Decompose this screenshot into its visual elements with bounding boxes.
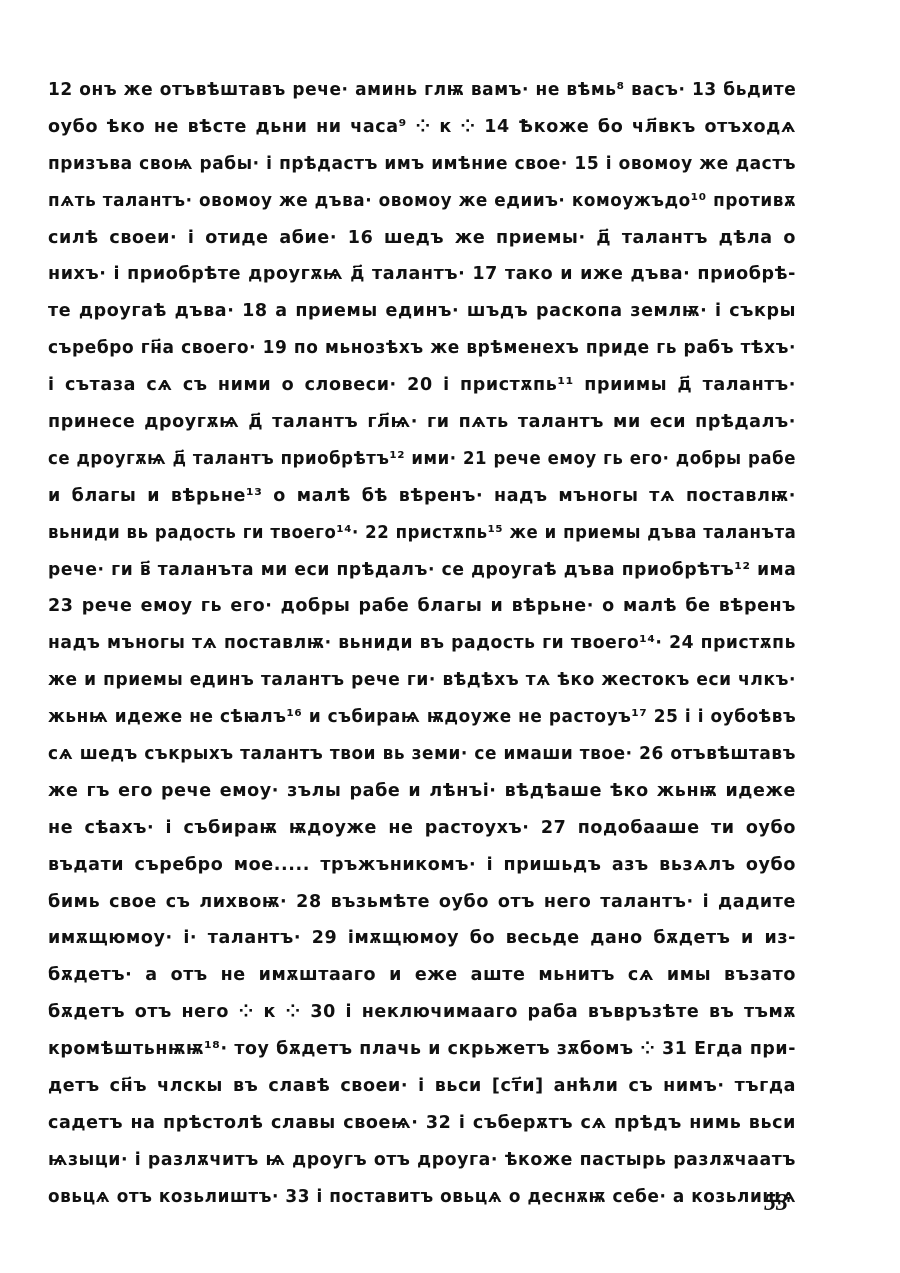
text-line: и благы и вѣрьне¹³ о малѣ бѣ вѣренъ· над… [48,478,796,515]
text-line: се дроугѫѩ д҃ талантъ приобрѣтъ¹² ими· 2… [48,441,796,478]
text-line: бѫдетъ· а отъ не имѫштааго и еже аште мь… [48,957,796,994]
text-line: те дроугаѣ дъва· 18 а приемы единъ· шъдъ… [48,293,796,330]
page-number: 53 [764,1190,788,1217]
text-line: 12 онъ же отъвѣштавъ рече· аминь глѭ вам… [48,72,796,109]
text-line: же гъ его рече емоу· зълы рабе и лѣнъі· … [48,773,796,810]
text-line: имѫщюмоу· і· талантъ· 29 імѫщюмоу бо вес… [48,920,796,957]
text-line: ѩзыци· і разлѫчитъ ѩ дроугъ отъ дроуга· … [48,1142,796,1179]
text-line: оубо ѣко не вѣсте дьни ни часа⁹ ⁘ к ⁘ 14… [48,109,796,146]
text-line: же и приемы единъ талантъ рече ги· вѣдѣх… [48,662,796,699]
text-line: нихъ· і приобрѣте дроугѫѩ д҃ талантъ· 17… [48,256,796,293]
text-line: сѧ шедъ съкрыхъ талантъ твои вь земи· се… [48,736,796,773]
text-line: принесе дроугѫѩ д҃ талантъ гл҃ѩ· ги пѧть… [48,404,796,441]
text-line: 23 рече емоу гь его· добры рабе благы и … [48,588,796,625]
text-line: сърeбро гн҃а своего· 19 по мьнозѣхъ же в… [48,330,796,367]
text-line: не сѣахъ· і събираѭ ѭдоуже не растоухъ· … [48,810,796,847]
text-line: вьниди вь радость ги твоего¹⁴· 22 пристѫ… [48,515,796,552]
text-line: пѧть талантъ· овомоу же дъва· овомоу же … [48,183,796,220]
text-line: силѣ своеи· і отиде абие· 16 шедъ же при… [48,220,796,257]
text-line: жьнѩ идеже не сѣꙗлъ¹⁶ и събираѩ ѭдоуже н… [48,699,796,736]
text-line: бѫдетъ отъ него ⁘ к ⁘ 30 і неключимааго … [48,994,796,1031]
text-line: і сътаза сѧ съ ними о словеси· 20 і прис… [48,367,796,404]
text-line: призъва своѩ рабы· і прѣдастъ имъ имѣние… [48,146,796,183]
text-line: детъ сн҃ъ члскы въ славѣ своеи· і вьси [… [48,1068,796,1105]
text-line: надъ мъногы тѧ поставлѭ· вьниди въ радос… [48,625,796,662]
text-line: садетъ на прѣстолѣ славы своеѩ· 32 і съб… [48,1105,796,1142]
text-line: кромѣштьнѭѭ¹⁸· тоу бѫдетъ плачь и скрьже… [48,1031,796,1068]
scripture-text-block: 12 онъ же отъвѣштавъ рече· аминь глѭ вам… [48,72,796,1216]
text-line: бимь свое съ лихвоѭ· 28 възьмѣте оубо от… [48,884,796,921]
text-line: овьцѧ отъ козьлиштъ· 33 і поставитъ овьц… [48,1179,796,1216]
text-line: въдати сърeбро мое..... тръжъникомъ· і п… [48,847,796,884]
text-line: рече· ги в҃ таланъта ми еси прѣдалъ· се … [48,552,796,589]
